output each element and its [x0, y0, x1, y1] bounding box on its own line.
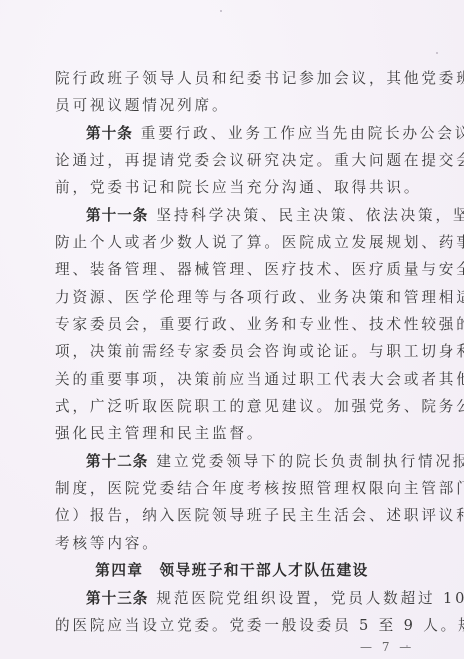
article-heading: 第十二条 [86, 453, 148, 470]
scan-speck [406, 645, 408, 647]
paragraph-line: 关的重要事项，决策前应当通过职工代表大会或者其他方 [55, 370, 407, 390]
paragraph-line: 力资源、医学伦理等与各项行政、业务决策和管理相适应的 [55, 288, 407, 308]
article-13-line: 第十三条规范医院党组织设置，党员人数超过 100 人 [86, 589, 407, 609]
paragraph-line: 防止个人或者少数人说了算。医院成立发展规划、药事管 [55, 233, 407, 253]
article-heading: 第十一条 [86, 207, 148, 224]
paragraph-line: 院行政班子领导人员和纪委书记参加会议，其他党委班子成 [55, 69, 407, 89]
scan-speck [436, 52, 438, 54]
chapter-heading: 第四章领导班子和干部人才队伍建设 [0, 561, 464, 581]
article-12-line: 第十二条建立党委领导下的院长负责制执行情况报告 [86, 452, 407, 472]
paragraph-line: 理、装备管理、器械管理、医疗技术、医疗质量与安全、人 [55, 260, 407, 280]
paragraph-line: 强化民主管理和民主监督。 [55, 424, 407, 444]
document-page: 院行政班子领导人员和纪委书记参加会议，其他党委班子成 员可视议题情况列席。 第十… [0, 0, 464, 659]
paragraph-line: 专家委员会，重要行政、业务和专业性、技术性较强的事 [55, 315, 407, 335]
paragraph-line: 考核等内容。 [55, 534, 407, 554]
page-number: — 7 — [360, 640, 414, 654]
scan-speck [220, 10, 222, 12]
paragraph-line: 前，党委书记和院长应当充分沟通、取得共识。 [55, 178, 407, 198]
paragraph-line: 位）报告，纳入医院领导班子民主生活会、述职评议和年度 [55, 506, 407, 526]
paragraph-line: 式，广泛听取医院职工的意见建议。加强党务、院务公开， [55, 397, 407, 417]
paragraph-line: 员可视议题情况列席。 [55, 96, 407, 116]
paragraph-line: 制度，医院党委结合年度考核按照管理权限向主管部门（单 [55, 479, 407, 499]
chapter-title: 领导班子和干部人才队伍建设 [160, 562, 369, 579]
article-10-line: 第十条重要行政、业务工作应当先由院长办公会议讨 [86, 124, 407, 144]
paragraph-line: 论通过，再提请党委会议研究决定。重大问题在提交会议 [55, 151, 407, 171]
article-heading: 第十三条 [86, 590, 148, 607]
article-heading: 第十条 [86, 125, 133, 142]
article-11-line: 第十一条坚持科学决策、民主决策、依法决策，坚决 [86, 206, 407, 226]
paragraph-line: 项，决策前需经专家委员会咨询或论证。与职工切身利益相 [55, 342, 407, 362]
paragraph-line: 的医院应当设立党委。党委一般设委员 5 至 9 人。规模较 [55, 616, 407, 636]
chapter-number: 第四章 [95, 562, 143, 579]
